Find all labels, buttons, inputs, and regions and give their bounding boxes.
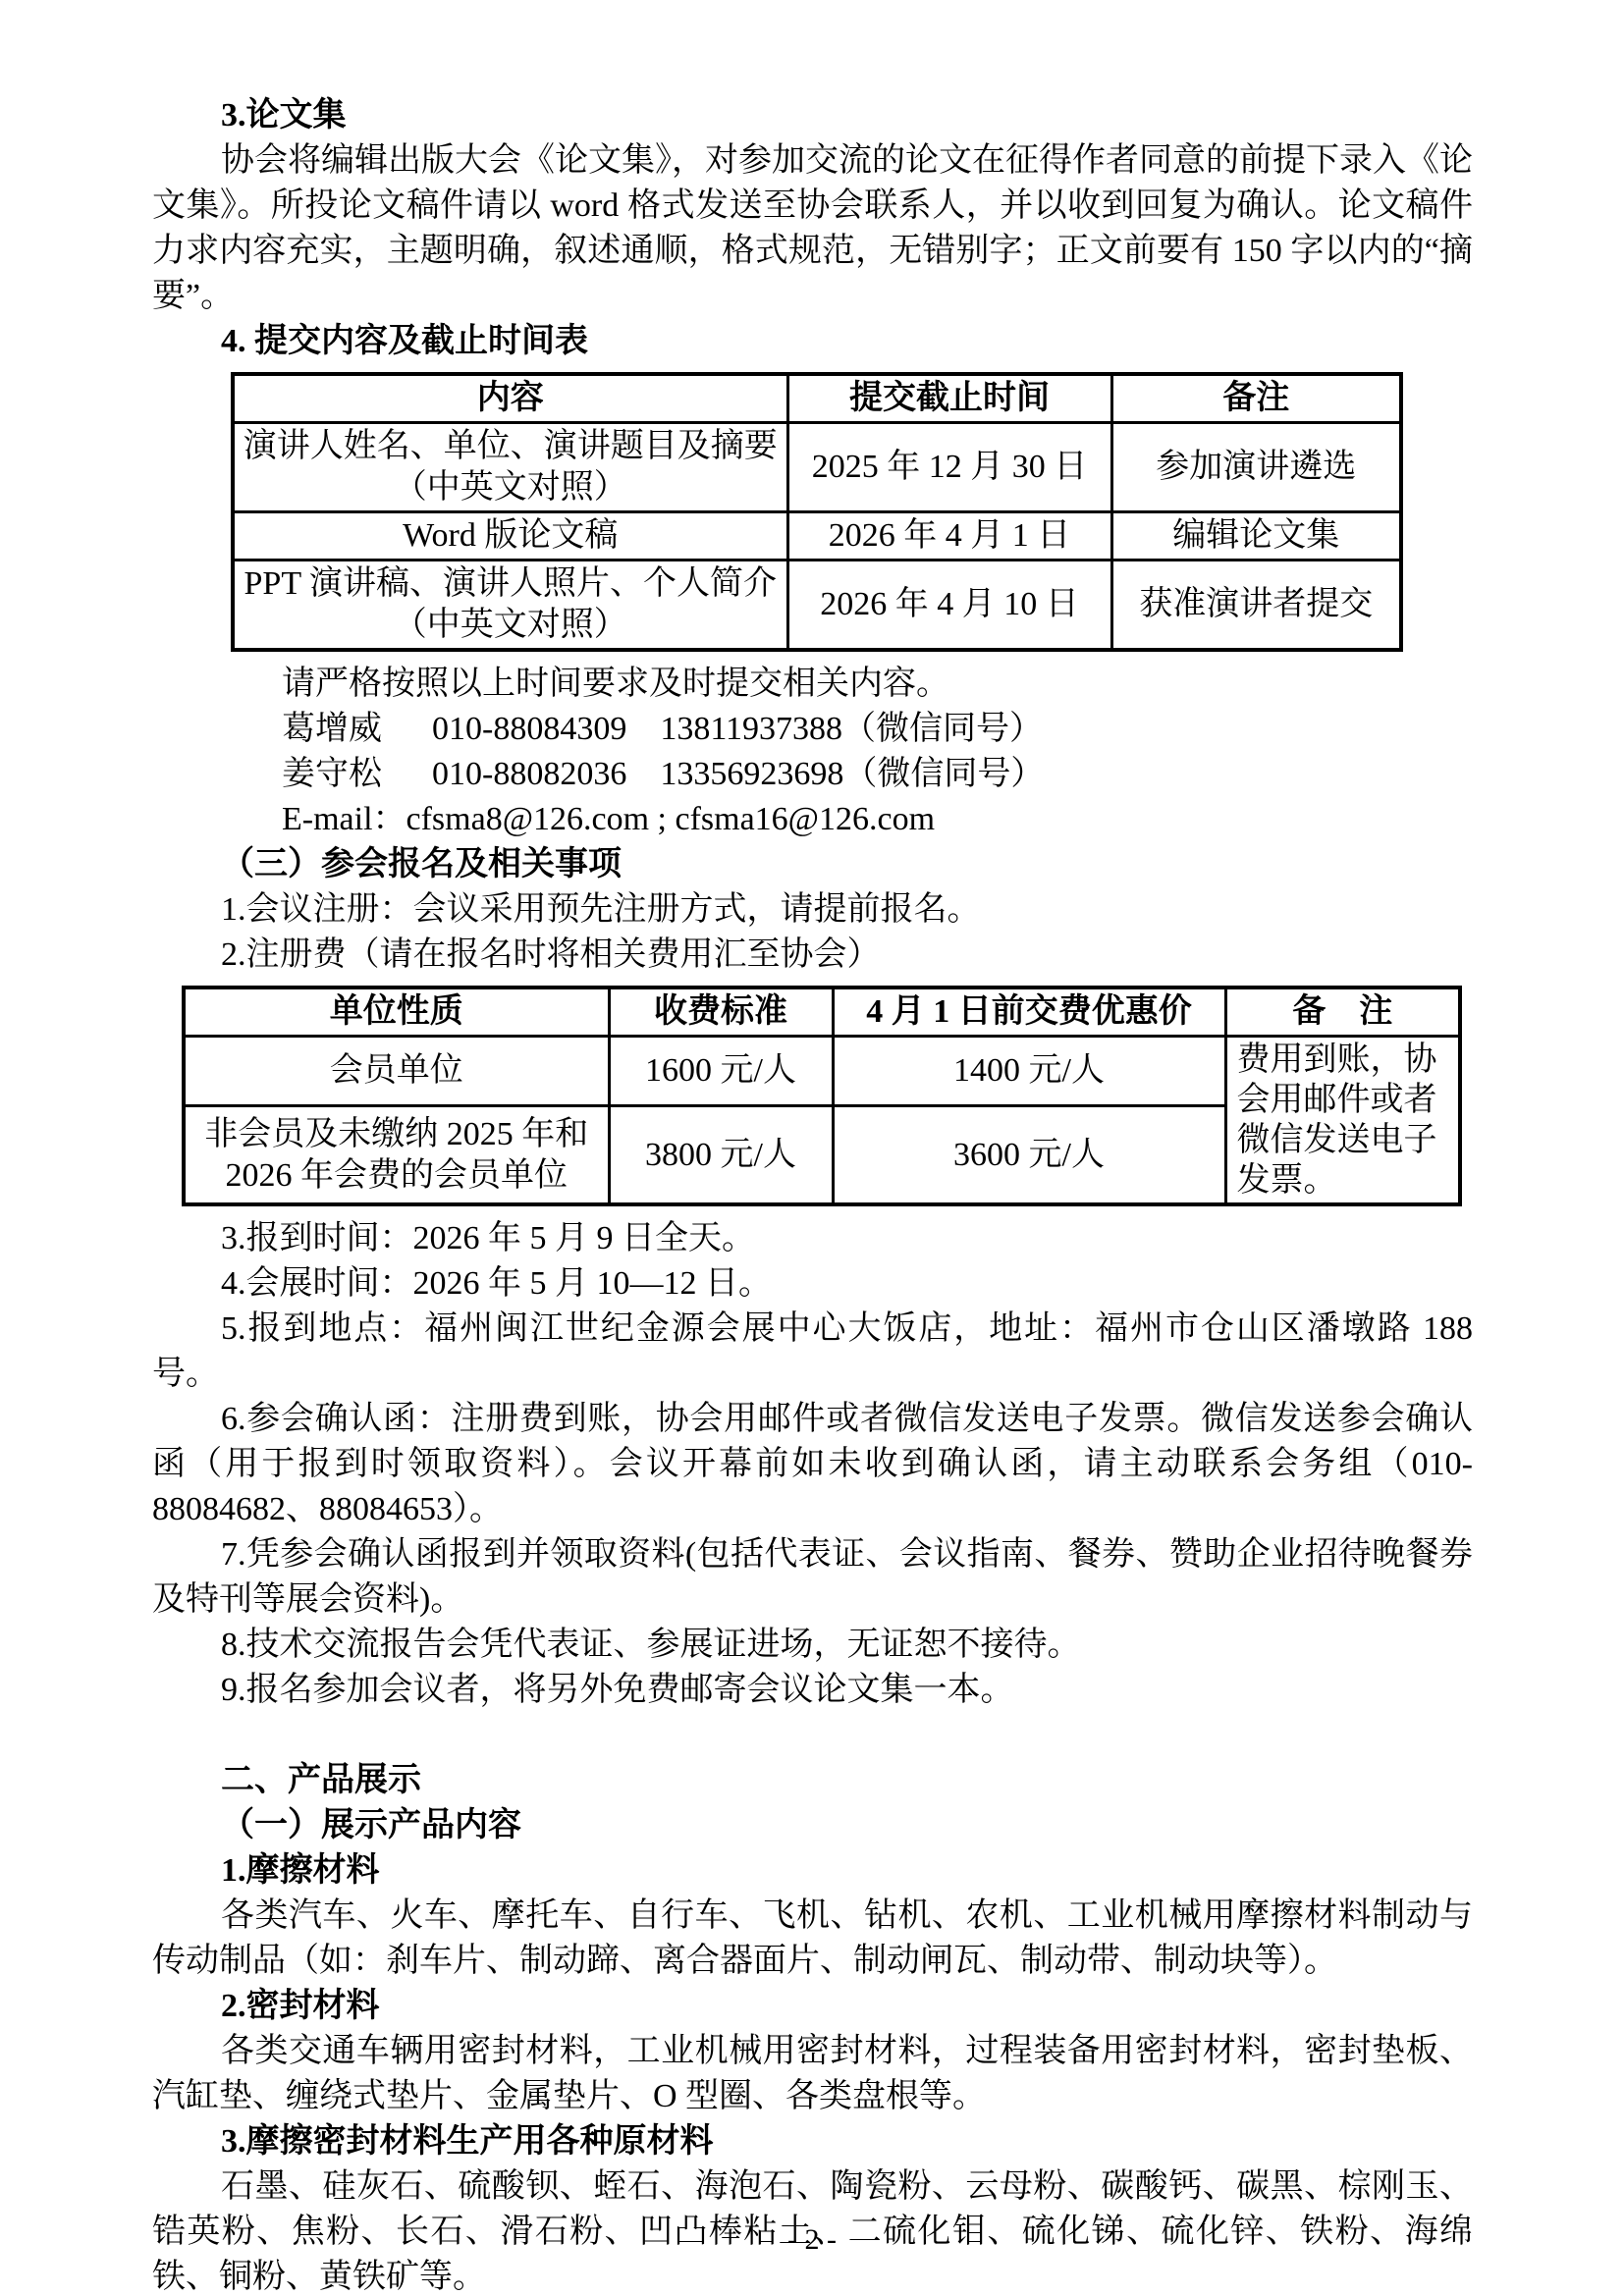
list-item: 9.报名参加会议者，将另外免费邮寄会议论文集一本。 [152,1668,1473,1713]
fee-table-header-discount: 4 月 1 日前交费优惠价 [833,988,1225,1037]
fee-table-header-standard: 收费标准 [609,988,833,1037]
section-c3-heading: （三）参会报名及相关事项 [152,842,1473,887]
cell-note: 获准演讲者提交 [1111,561,1401,651]
document-page: 3.论文集 协会将编辑出版大会《论文集》，对参加交流的论文在征得作者同意的前提下… [0,0,1624,2296]
section-2-sub-heading: （一）展示产品内容 [152,1803,1473,1848]
list-item: 5.报到地点：福州闽江世纪金源会展中心大饭店，地址：福州市仓山区潘墩路 188 … [152,1307,1473,1397]
fee-table: 单位性质 收费标准 4 月 1 日前交费优惠价 备 注 会员单位 1600 元/… [182,986,1462,1206]
section-2-heading: 二、产品展示 [152,1758,1473,1803]
fee-table-header-note: 备 注 [1225,988,1460,1037]
cell-content: 演讲人姓名、单位、演讲题目及摘要 （中英文对照） [233,423,787,512]
cell-deadline: 2026 年 4 月 1 日 [787,512,1111,561]
material-1-paragraph: 各类汽车、火车、摩托车、自行车、飞机、钻机、农机、工业机械用摩擦材料制动与传动制… [152,1894,1473,1984]
cell-discount: 3600 元/人 [833,1106,1225,1204]
deadline-table-header-content: 内容 [233,374,787,423]
cell-standard: 3800 元/人 [609,1106,833,1204]
section-4-heading: 4. 提交内容及截止时间表 [152,319,1473,364]
table-row: 会员单位 1600 元/人 1400 元/人 费用到账，协会用邮件或者微信发送电… [184,1037,1460,1106]
list-item: 7.凭参会确认函报到并领取资料(包括代表证、会议指南、餐券、赞助企业招待晚餐券及… [152,1532,1473,1623]
fee-table-header-unit-type: 单位性质 [184,988,609,1037]
deadline-table: 内容 提交截止时间 备注 演讲人姓名、单位、演讲题目及摘要 （中英文对照） 20… [231,372,1403,652]
item-registration: 1.会议注册：会议采用预先注册方式，请提前报名。 [152,887,1473,933]
contact-block: 请严格按照以上时间要求及时提交相关内容。 葛增威 010-88084309 13… [152,662,1473,842]
section-3-paragraph: 协会将编辑出版大会《论文集》，对参加交流的论文在征得作者同意的前提下录入《论文集… [152,138,1473,319]
item-fee: 2.注册费（请在报名时将相关费用汇至协会） [152,933,1473,978]
list-item: 3.报到时间：2026 年 5 月 9 日全天。 [152,1216,1473,1261]
cell-deadline: 2026 年 4 月 10 日 [787,561,1111,651]
cell-unit-type: 非会员及未缴纳 2025 年和 2026 年会费的会员单位 [184,1106,609,1204]
fee-table-header-row: 单位性质 收费标准 4 月 1 日前交费优惠价 备 注 [184,988,1460,1037]
material-3-heading: 3.摩擦密封材料生产用各种原材料 [152,2119,1473,2164]
cell-deadline: 2025 年 12 月 30 日 [787,423,1111,512]
notice-line: 请严格按照以上时间要求及时提交相关内容。 [152,662,1473,707]
contact-line: 葛增威 010-88084309 13811937388（微信同号） [152,707,1473,752]
table-row: 演讲人姓名、单位、演讲题目及摘要 （中英文对照） 2025 年 12 月 30 … [233,423,1401,512]
cell-unit-type: 会员单位 [184,1037,609,1106]
page-number: - 2 - [0,2220,1624,2260]
cell-note: 编辑论文集 [1111,512,1401,561]
cell-content: PPT 演讲稿、演讲人照片、个人简介 （中英文对照） [233,561,787,651]
cell-standard: 1600 元/人 [609,1037,833,1106]
deadline-table-header-deadline: 提交截止时间 [787,374,1111,423]
list-item: 4.会展时间：2026 年 5 月 10—12 日。 [152,1261,1473,1307]
cell-discount: 1400 元/人 [833,1037,1225,1106]
cell-invoice-note: 费用到账，协会用邮件或者微信发送电子发票。 [1225,1037,1460,1205]
section-3-heading: 3.论文集 [152,93,1473,138]
deadline-table-header-row: 内容 提交截止时间 备注 [233,374,1401,423]
list-item: 8.技术交流报告会凭代表证、参展证进场，无证恕不接待。 [152,1623,1473,1668]
material-2-paragraph: 各类交通车辆用密封材料，工业机械用密封材料，过程装备用密封材料，密封垫板、汽缸垫… [152,2029,1473,2119]
table-row: PPT 演讲稿、演讲人照片、个人简介 （中英文对照） 2026 年 4 月 10… [233,561,1401,651]
cell-content: Word 版论文稿 [233,512,787,561]
table-row: Word 版论文稿 2026 年 4 月 1 日 编辑论文集 [233,512,1401,561]
material-2-heading: 2.密封材料 [152,1984,1473,2029]
deadline-table-header-note: 备注 [1111,374,1401,423]
email-line: E-mail：cfsma8@126.com ; cfsma16@126.com [152,797,1473,842]
cell-note: 参加演讲遴选 [1111,423,1401,512]
list-item: 6.参会确认函：注册费到账，协会用邮件或者微信发送电子发票。微信发送参会确认函（… [152,1397,1473,1532]
blank-line [152,1713,1473,1758]
document-content: 3.论文集 协会将编辑出版大会《论文集》，对参加交流的论文在征得作者同意的前提下… [152,93,1473,2296]
contact-line: 姜守松 010-88082036 13356923698（微信同号） [152,752,1473,797]
material-1-heading: 1.摩擦材料 [152,1848,1473,1894]
